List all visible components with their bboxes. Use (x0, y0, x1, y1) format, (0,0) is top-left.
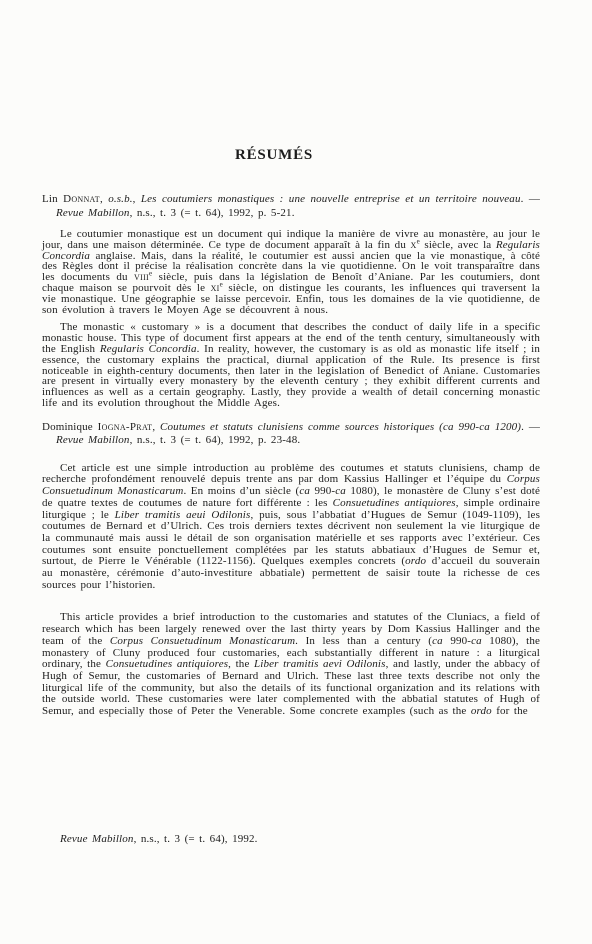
abstract-paragraph-french: Le coutumier monastique est un document … (42, 229, 540, 315)
journal-abstracts-page: RÉSUMÉS Lin Donnat, o.s.b., Les coutumie… (42, 0, 540, 718)
page-title: RÉSUMÉS (42, 147, 540, 164)
article-citation: Dominique Iogna-Prat, Coutumes et statut… (42, 421, 540, 448)
abstract-paragraph-english: The monastic « customary » is a document… (42, 322, 540, 408)
abstract-entry-donnat: Lin Donnat, o.s.b., Les coutumiers monas… (42, 193, 540, 409)
abstract-entry-iogna-prat: Dominique Iogna-Prat, Coutumes et statut… (42, 421, 540, 718)
abstract-paragraph-french: Cet article est une simple introduction … (42, 463, 540, 592)
abstract-paragraph-english: This article provides a brief introducti… (42, 612, 540, 717)
journal-footer: Revue Mabillon, n.s., t. 3 (= t. 64), 19… (60, 833, 540, 846)
article-citation: Lin Donnat, o.s.b., Les coutumiers monas… (42, 193, 540, 220)
